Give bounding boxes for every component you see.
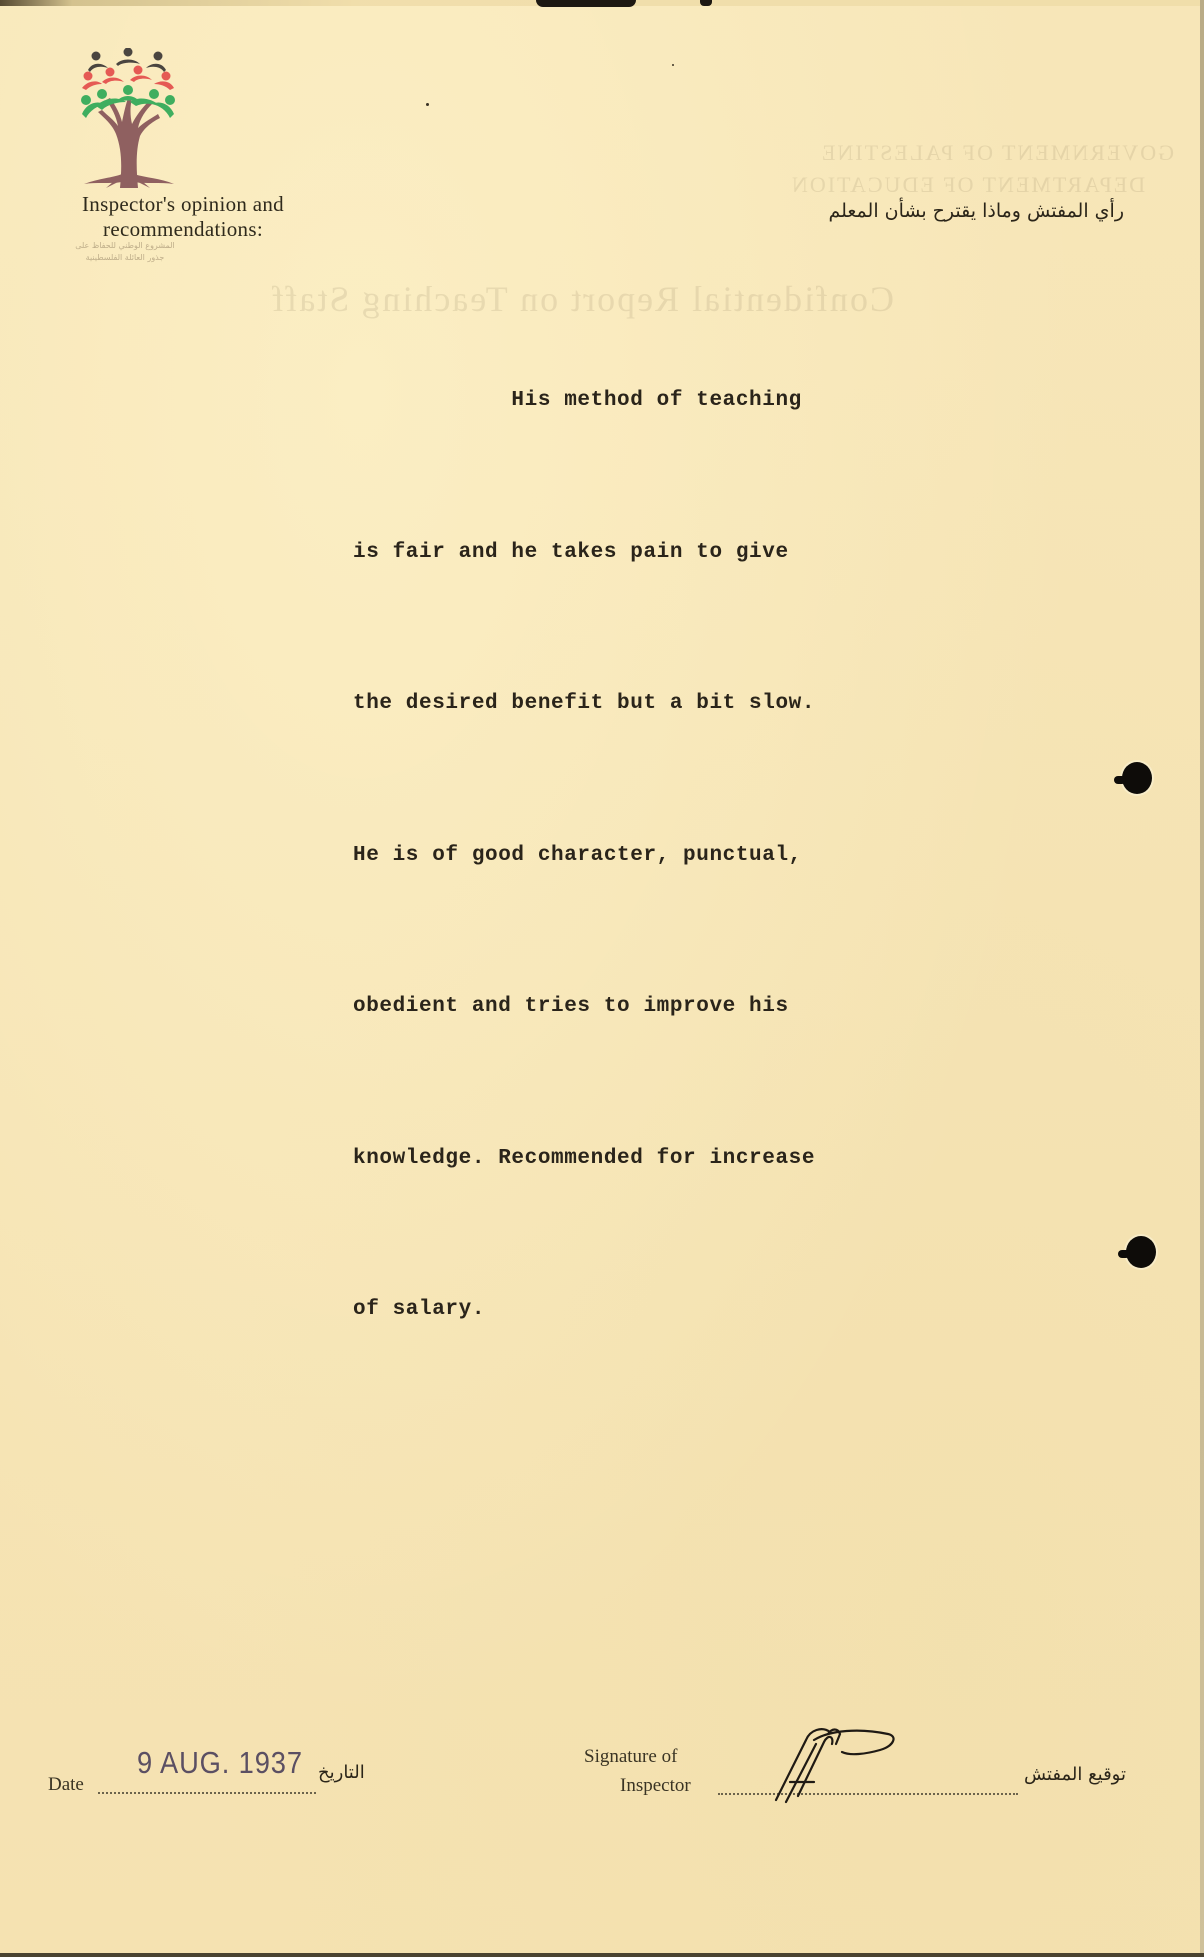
heading-line-1: Inspector's opinion and — [53, 192, 313, 217]
handwritten-signature-icon — [770, 1722, 910, 1806]
archive-watermark: المشروع الوطني للحفاظ على جذور العائلة ا… — [60, 240, 190, 264]
family-tree-logo-icon — [76, 48, 180, 188]
watermark-line-2: جذور العائلة الفلسطينية — [60, 252, 190, 264]
paper-speck — [426, 103, 429, 106]
date-dotted-line — [98, 1790, 316, 1794]
date-label: Date — [48, 1774, 84, 1796]
date-stamp: 9 AUG. 1937 — [137, 1745, 303, 1781]
show-through-text: DEPARTMENT OF EDUCATION — [790, 172, 1145, 198]
inspector-opinion-heading: Inspector's opinion and recommendations: — [53, 192, 313, 242]
date-label-arabic: التاريخ — [318, 1762, 365, 1783]
page-bottom-edge — [0, 1953, 1204, 1957]
inspector-opinion-heading-arabic: رأي المفتش وماذا يقترح بشأن المعلم — [828, 200, 1124, 222]
typed-line: obedient and tries to improve his — [353, 982, 913, 1033]
binder-clip-shadow-small — [700, 0, 712, 6]
typed-assessment-text: His method of teaching is fair and he ta… — [353, 275, 913, 1437]
signature-label-arabic: توقيع المفتش — [1024, 1764, 1126, 1785]
typed-line: the desired benefit but a bit slow. — [353, 679, 913, 730]
typed-line: He is of good character, punctual, — [353, 831, 913, 882]
show-through-text: GOVERNMENT OF PALESTINE — [820, 140, 1174, 166]
paper-speck — [672, 64, 674, 66]
punch-hole-icon — [1126, 1236, 1156, 1268]
heading-line-2: recommendations: — [53, 217, 313, 242]
signature-label: Signature of — [584, 1746, 677, 1768]
inspector-label: Inspector — [620, 1775, 691, 1797]
typed-line: of salary. — [353, 1285, 913, 1336]
typed-line: His method of teaching — [353, 376, 913, 427]
document-page: GOVERNMENT OF PALESTINE DEPARTMENT OF ED… — [0, 0, 1204, 1957]
punch-hole-icon — [1122, 762, 1152, 794]
typed-line: is fair and he takes pain to give — [353, 528, 913, 579]
typed-line: knowledge. Recommended for increase — [353, 1134, 913, 1185]
watermark-line-1: المشروع الوطني للحفاظ على — [60, 240, 190, 252]
binder-clip-shadow — [536, 0, 636, 7]
page-right-edge — [1200, 0, 1204, 1957]
